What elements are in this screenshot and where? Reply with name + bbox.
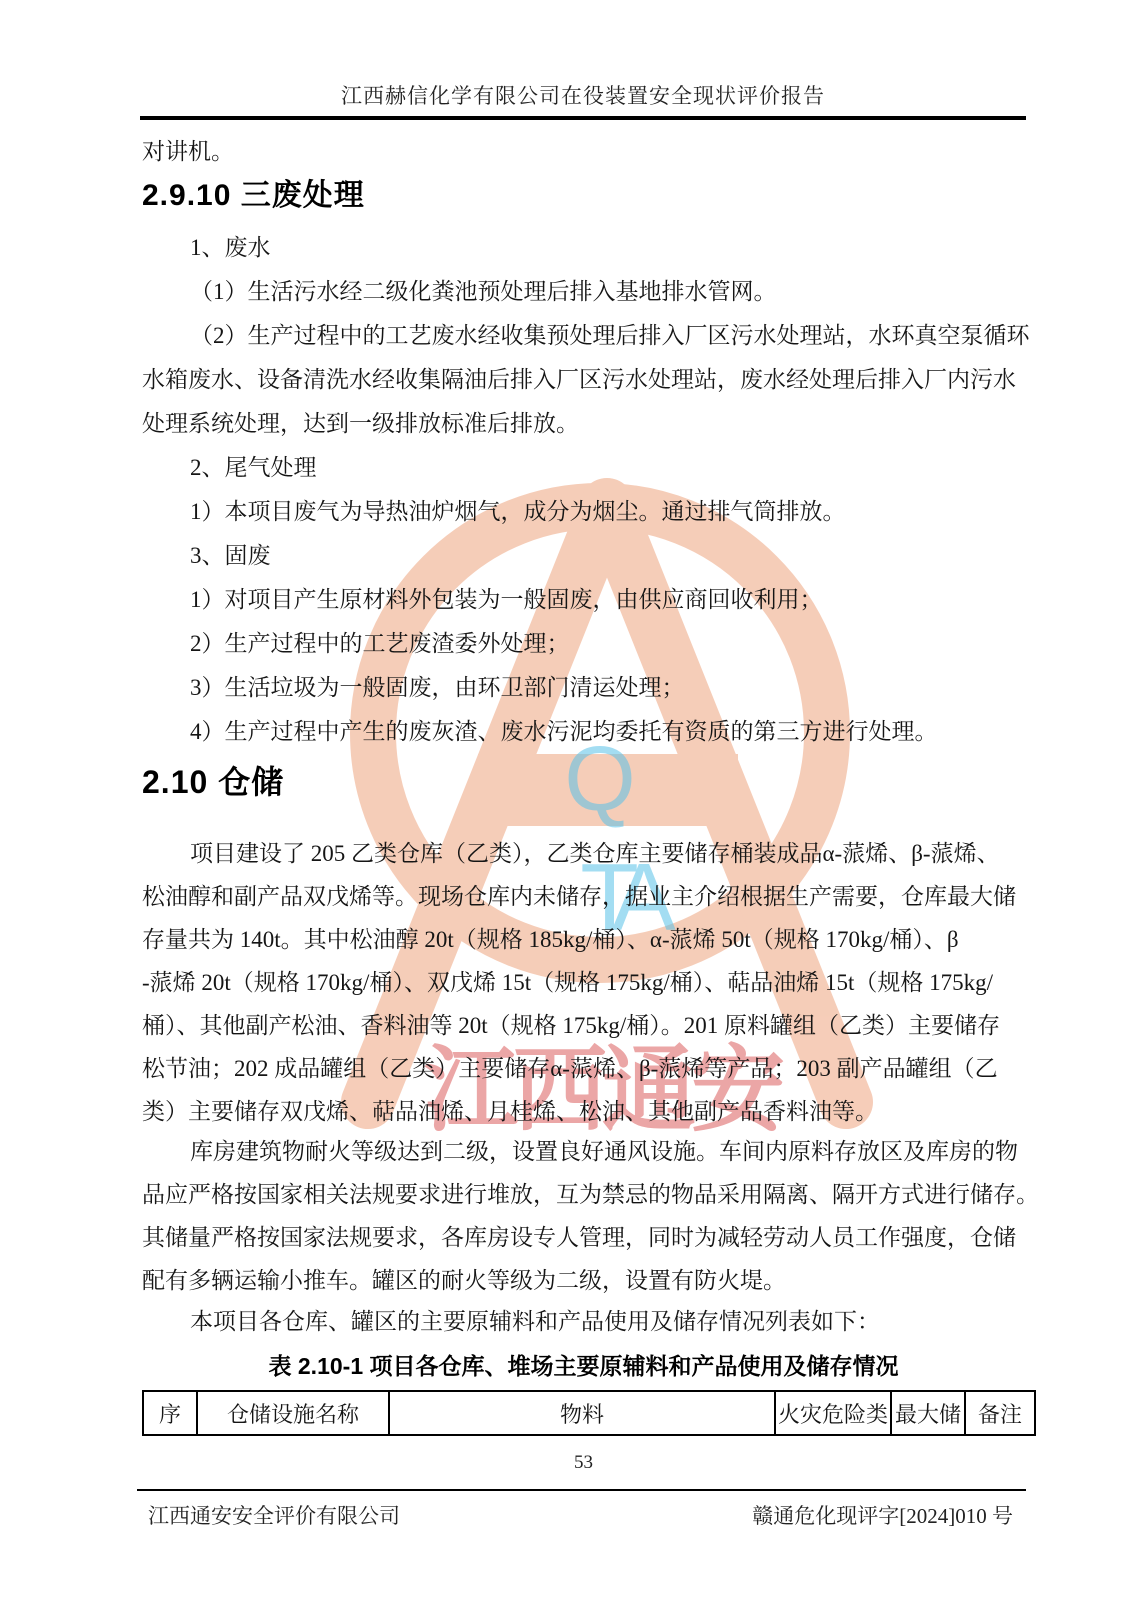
- text-line: 松油醇和副产品双戊烯等。现场仓库内未储存，据业主介绍根据生产需要，仓库最大储: [142, 875, 1022, 918]
- footer-rule: [137, 1489, 1026, 1491]
- footer-document-number: 赣通危化现评字[2024]010 号: [752, 1500, 1013, 1530]
- text-line: （1）生活污水经二级化粪池预处理后排入基地排水管网。: [142, 270, 1022, 314]
- page-number: 53: [142, 1452, 1025, 1474]
- col-header-seq: 序: [143, 1391, 197, 1435]
- section-2-9-10-content: 1、废水（1）生活污水经二级化粪池预处理后排入基地排水管网。（2）生产过程中的工…: [142, 226, 1022, 754]
- col-header-facility-name: 仓储设施名称: [197, 1391, 389, 1435]
- text-line: 2、尾气处理: [142, 446, 1022, 490]
- text-line: 配有多辆运输小推车。罐区的耐火等级为二级，设置有防火堤。: [142, 1259, 1022, 1302]
- text-line: -蒎烯 20t（规格 170kg/桶）、双戊烯 15t（规格 175kg/桶）、…: [142, 961, 1022, 1004]
- storage-table: 序 仓储设施名称 物料 火灾危险类 最大储 备注: [142, 1390, 1036, 1436]
- text-line: 品应严格按国家相关法规要求进行堆放，互为禁忌的物品采用隔离、隔开方式进行储存。: [142, 1173, 1022, 1216]
- text-line: 1）对项目产生原材料外包装为一般固废，由供应商回收利用；: [142, 578, 1022, 622]
- storage-paragraph-1: 项目建设了 205 乙类仓库（乙类），乙类仓库主要储存桶装成品α-蒎烯、β-蒎烯…: [142, 832, 1022, 1133]
- document-page: Q TA 江西通安 江西赫信化学有限公司在役装置安全现状评价报告 对讲机。 2.…: [0, 0, 1131, 1600]
- storage-paragraph-2: 库房建筑物耐火等级达到二级，设置良好通风设施。车间内原料存放区及库房的物品应严格…: [142, 1130, 1022, 1302]
- text-line: 3）生活垃圾为一般固废，由环卫部门清运处理；: [142, 666, 1022, 710]
- col-header-max-storage: 最大储: [891, 1391, 965, 1435]
- text-line: 水箱废水、设备清洗水经收集隔油后排入厂区污水处理站，废水经处理后排入厂内污水: [142, 358, 1022, 402]
- text-line: 项目建设了 205 乙类仓库（乙类），乙类仓库主要储存桶装成品α-蒎烯、β-蒎烯…: [142, 832, 1022, 875]
- table-header-row: 序 仓储设施名称 物料 火灾危险类 最大储 备注: [143, 1391, 1035, 1435]
- section-heading-2-9-10: 2.9.10 三废处理: [142, 170, 365, 214]
- col-header-remarks: 备注: [965, 1391, 1035, 1435]
- text-line: 2）生产过程中的工艺废渣委外处理；: [142, 622, 1022, 666]
- report-header-title: 江西赫信化学有限公司在役装置安全现状评价报告: [140, 80, 1026, 110]
- text-line: 处理系统处理，达到一级排放标准后排放。: [142, 402, 1022, 446]
- table-caption: 表 2.10-1 项目各仓库、堆场主要原辅料和产品使用及储存情况: [142, 1348, 1025, 1381]
- text-line: 3、固废: [142, 534, 1022, 578]
- text-line: 4）生产过程中产生的废灰渣、废水污泥均委托有资质的第三方进行处理。: [142, 710, 1022, 754]
- text-line: 松节油；202 成品罐组（乙类）主要储存α-蒎烯、β-蒎烯等产品；203 副产品…: [142, 1047, 1022, 1090]
- text-line: 本项目各仓库、罐区的主要原辅料和产品使用及储存情况列表如下：: [142, 1300, 1022, 1343]
- text-line: 1、废水: [142, 226, 1022, 270]
- text-line: 1）本项目废气为导热油炉烟气，成分为烟尘。通过排气筒排放。: [142, 490, 1022, 534]
- storage-paragraph-3: 本项目各仓库、罐区的主要原辅料和产品使用及储存情况列表如下：: [142, 1300, 1022, 1343]
- col-header-material: 物料: [389, 1391, 775, 1435]
- paragraph-continued: 对讲机。: [142, 130, 1022, 174]
- text-line: 其储量严格按国家法规要求，各库房设专人管理，同时为减轻劳动人员工作强度，仓储: [142, 1216, 1022, 1259]
- text-line: 库房建筑物耐火等级达到二级，设置良好通风设施。车间内原料存放区及库房的物: [142, 1130, 1022, 1173]
- col-header-fire-hazard-class: 火灾危险类: [775, 1391, 891, 1435]
- header-rule: [140, 116, 1026, 120]
- section-heading-2-10: 2.10 仓储: [142, 757, 284, 803]
- text-line: 存量共为 140t。其中松油醇 20t（规格 185kg/桶）、α-蒎烯 50t…: [142, 918, 1022, 961]
- text-line: 桶）、其他副产松油、香料油等 20t（规格 175kg/桶）。201 原料罐组（…: [142, 1004, 1022, 1047]
- text-line: （2）生产过程中的工艺废水经收集预处理后排入厂区污水处理站，水环真空泵循环: [142, 314, 1022, 358]
- footer-company-name: 江西通安安全评价有限公司: [148, 1500, 400, 1530]
- text-line: 类）主要储存双戊烯、萜品油烯、月桂烯、松油、其他副产品香料油等。: [142, 1090, 1022, 1133]
